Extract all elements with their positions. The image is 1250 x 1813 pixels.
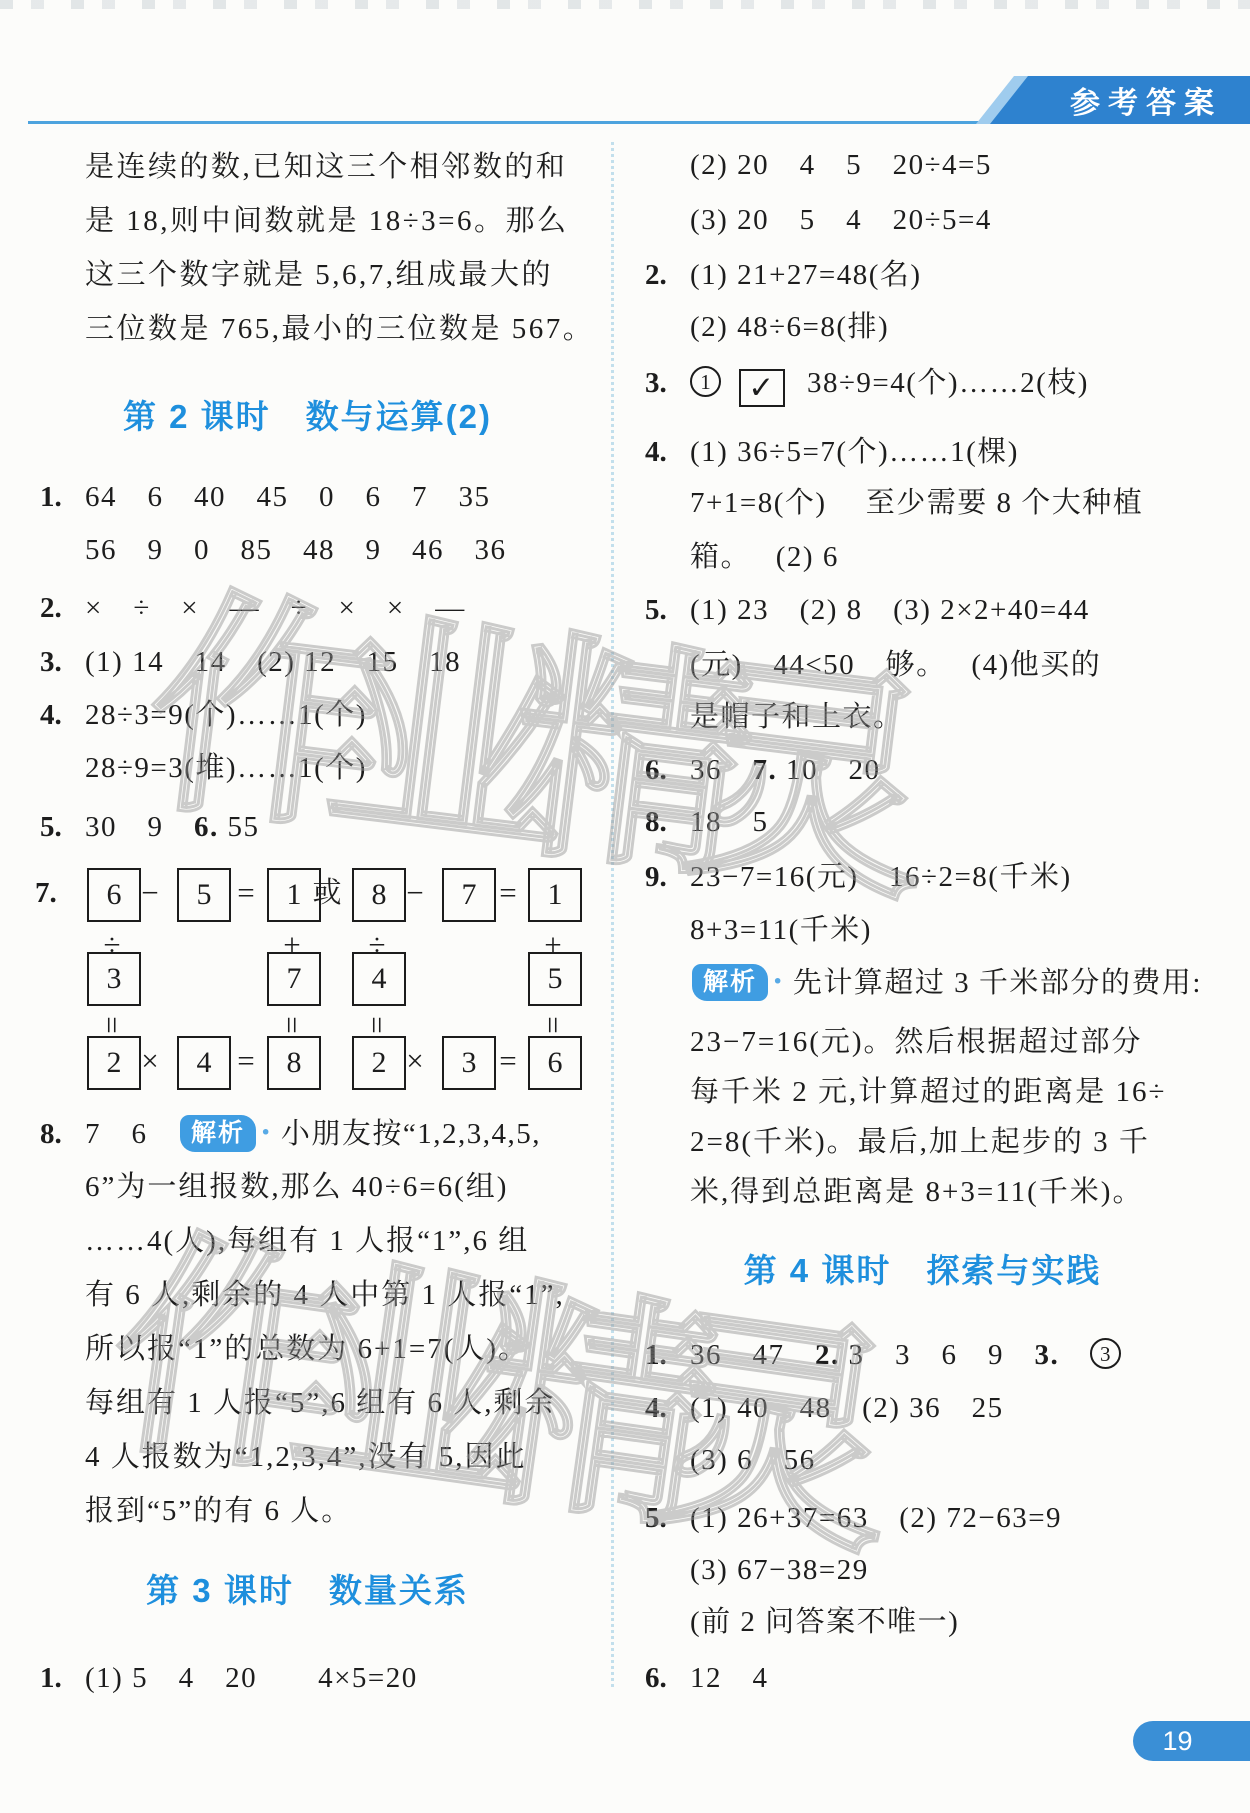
answer-text: 23−7=16(元) 16÷2=8(千米)	[690, 861, 1072, 893]
analysis-line: ……4(人),每组有 1 人报“1”,6 组	[85, 1214, 529, 1268]
list-number: 2.	[645, 248, 690, 302]
analysis-line: 4 人报数为“1,2,3,4”,没有 5,因此	[85, 1430, 527, 1484]
answer-row: 4.(1) 40 48 (2) 36 25	[645, 1381, 1004, 1435]
answer-row: (3) 20 5 4 20÷5=4	[690, 193, 992, 247]
list-number: 5.	[645, 1491, 690, 1545]
answer-text: 3 3 6 9	[840, 1339, 1035, 1371]
answer-row: 1.36 47 2. 3 3 6 9 3. 3	[645, 1328, 1129, 1382]
badge-dot: ·	[260, 1114, 273, 1151]
section-title-lesson4: 第 4 课时 探索与实践	[600, 1240, 1245, 1302]
answer-text: 先计算超过 3 千米部分的费用:	[793, 967, 1202, 999]
answer-text: 28÷3=9(个)……1(个)	[85, 699, 367, 731]
list-number: 6.	[194, 811, 219, 843]
analysis-badge: 解析	[692, 964, 768, 1001]
analysis-line: 有 6 人,剩余的 4 人中第 1 人报“1”,	[85, 1268, 565, 1322]
list-number: 5.	[645, 583, 690, 637]
circled-number: 1	[690, 366, 721, 397]
answer-text: 36 47	[690, 1339, 815, 1371]
equals-sign: =	[483, 1036, 533, 1086]
equals-sign: =	[221, 1036, 271, 1086]
answer-row: 9.23−7=16(元) 16÷2=8(千米)	[645, 850, 1072, 904]
answer-text: 36	[690, 754, 753, 786]
answer-text: (1) 36÷5=7(个)……1(棵)	[690, 436, 1019, 468]
list-number: 4.	[40, 688, 85, 742]
list-number: 3.	[40, 635, 85, 689]
answer-box: 5	[528, 952, 582, 1006]
answer-row: 1.64 6 40 45 0 6 7 35	[40, 470, 491, 524]
answer-text: 56 9 0 85 48 9 46 36	[85, 534, 507, 566]
answer-text: 55	[219, 811, 260, 843]
intro-line: 三位数是 765,最小的三位数是 567。	[85, 302, 594, 356]
list-number: 7.	[35, 868, 57, 918]
list-number: 2.	[40, 581, 85, 635]
analysis-badge: 解析	[180, 1115, 256, 1152]
answer-text: 12 4	[690, 1662, 769, 1694]
answer-text: (1) 23 (2) 8 (3) 2×2+40=44	[690, 594, 1090, 626]
answer-text: (1) 26+37=63 (2) 72−63=9	[690, 1502, 1062, 1534]
list-number: 9.	[645, 850, 690, 904]
answer-row: 1.(1) 5 4 20 4×5=20	[40, 1651, 418, 1705]
answer-text: (1) 21+27=48(名)	[690, 259, 922, 291]
list-number: 2.	[815, 1339, 840, 1371]
analysis-line: 2=8(千米)。最后,加上起步的 3 千	[690, 1115, 1150, 1169]
times-sign: ×	[390, 1036, 440, 1086]
answer-text: 18 5	[690, 806, 769, 838]
answer-text: (1) 14 14 (2) 12 15 18	[85, 646, 461, 678]
list-number: 6.	[645, 1651, 690, 1705]
answer-text: (1) 40 48 (2) 36 25	[690, 1392, 1004, 1424]
equals-sign: =	[483, 868, 533, 918]
answer-text: × ÷ × — ÷ × × —	[85, 592, 466, 624]
answer-row: 56 9 0 85 48 9 46 36	[85, 523, 507, 577]
answer-row: 3.1✓38÷9=4(个)……2(枝)	[645, 356, 1089, 410]
list-number: 1.	[40, 470, 85, 524]
section-title-lesson2: 第 2 课时 数与运算(2)	[35, 386, 580, 448]
check-box: ✓	[739, 369, 785, 407]
list-number: 4.	[645, 1381, 690, 1435]
list-number: 7.	[753, 754, 778, 786]
page-number: 19	[1162, 1726, 1192, 1757]
answer-row: (2) 48÷6=8(排)	[690, 300, 889, 354]
answer-text: 7 6	[85, 1118, 178, 1150]
answer-row: (元) 44<50 够。 (4)他买的	[690, 638, 1101, 692]
answer-row: 8.18 5	[645, 795, 769, 849]
answer-row: 7+1=8(个) 至少需要 8 个大种植	[690, 476, 1143, 530]
answer-box: 1	[528, 868, 582, 922]
list-number: 6.	[645, 743, 690, 797]
answer-row: 箱。 (2) 6	[690, 530, 839, 584]
answer-text: 小朋友按“1,2,3,4,5,	[281, 1118, 541, 1150]
answer-row: 28÷9=3(堆)……1(个)	[85, 741, 367, 795]
answer-text: 38÷9=4(个)……2(枝)	[807, 367, 1089, 399]
intro-line: 这三个数字就是 5,6,7,组成最大的	[85, 248, 553, 302]
answers-banner: 参考答案	[976, 76, 1250, 124]
list-number: 3.	[645, 356, 690, 410]
answer-row: 8.7 6 解析·小朋友按“1,2,3,4,5,	[40, 1106, 541, 1160]
list-number: 8.	[40, 1107, 85, 1161]
answer-text: (1) 5 4 20 4×5=20	[85, 1662, 418, 1694]
analysis-line: 每千米 2 元,计算超过的距离是 16÷	[690, 1065, 1166, 1119]
minus-sign: −	[390, 868, 440, 918]
analysis-line: 6”为一组报数,那么 40÷6=6(组)	[85, 1160, 508, 1214]
answer-row: 解析·先计算超过 3 千米部分的费用:	[690, 955, 1202, 1009]
analysis-line: 23−7=16(元)。然后根据超过部分	[690, 1015, 1143, 1069]
answer-box: 7	[267, 952, 321, 1006]
analysis-line: 所以报“1”的总数为 6+1=7(人)。	[85, 1322, 529, 1376]
problem7-box-puzzle: 7. 6 − 5 = 1 或 8 − 7 = 1 ÷ + ÷ + 3 7 4 5…	[30, 845, 615, 1120]
answer-text: 64 6 40 45 0 6 7 35	[85, 481, 491, 513]
analysis-line: 报到“5”的有 6 人。	[85, 1484, 352, 1538]
answer-text: 30 9	[85, 811, 194, 843]
scan-edge-marks	[0, 0, 1250, 9]
badge-dot: ·	[772, 963, 785, 1000]
equals-sign: =	[221, 868, 271, 918]
list-number: 3.	[1035, 1339, 1060, 1371]
answer-row: 8+3=11(千米)	[690, 903, 872, 957]
list-number: 1.	[645, 1328, 690, 1382]
answer-row: 3.(1) 14 14 (2) 12 15 18	[40, 635, 461, 689]
section-title-lesson3: 第 3 课时 数量关系	[35, 1560, 580, 1622]
answer-box: 4	[352, 952, 406, 1006]
page-number-pill: 19	[1133, 1721, 1250, 1761]
answer-row: 4.(1) 36÷5=7(个)……1(棵)	[645, 425, 1019, 479]
answer-row: (3) 67−38=29	[690, 1543, 869, 1597]
answer-row: 2.(1) 21+27=48(名)	[645, 248, 922, 302]
answer-row: (2) 20 4 5 20÷4=5	[690, 138, 992, 192]
answer-box: 6	[528, 1036, 582, 1090]
list-number: 8.	[645, 795, 690, 849]
list-number: 4.	[645, 425, 690, 479]
circled-number: 3	[1090, 1338, 1121, 1369]
intro-line: 是连续的数,已知这三个相邻数的和	[85, 140, 567, 194]
answer-row: 5.(1) 26+37=63 (2) 72−63=9	[645, 1491, 1062, 1545]
answer-box: 3	[87, 952, 141, 1006]
answer-row: 是帽子和上衣。	[690, 690, 904, 744]
answer-row: (3) 6 56	[690, 1433, 816, 1487]
intro-line: 是 18,则中间数就是 18÷3=6。那么	[85, 194, 569, 248]
answer-row: 6.12 4	[645, 1651, 769, 1705]
times-sign: ×	[125, 1036, 175, 1086]
answer-row: 4.28÷3=9(个)……1(个)	[40, 688, 367, 742]
answer-row: 6.36 7. 10 20	[645, 743, 881, 797]
answer-text: 10 20	[777, 754, 880, 786]
minus-sign: −	[125, 868, 175, 918]
answer-row: (前 2 问答案不唯一)	[690, 1595, 959, 1649]
answer-box: 8	[267, 1036, 321, 1090]
answer-text: 28÷9=3(堆)……1(个)	[85, 752, 367, 784]
answer-row: 5.(1) 23 (2) 8 (3) 2×2+40=44	[645, 583, 1090, 637]
answer-row: 2.× ÷ × — ÷ × × —	[40, 581, 466, 635]
or-label: 或	[302, 868, 352, 918]
analysis-line: 每组有 1 人报“5”,6 组有 6 人,剩余	[85, 1376, 556, 1430]
analysis-line: 米,得到总距离是 8+3=11(千米)。	[690, 1165, 1143, 1219]
list-number: 1.	[40, 1651, 85, 1705]
